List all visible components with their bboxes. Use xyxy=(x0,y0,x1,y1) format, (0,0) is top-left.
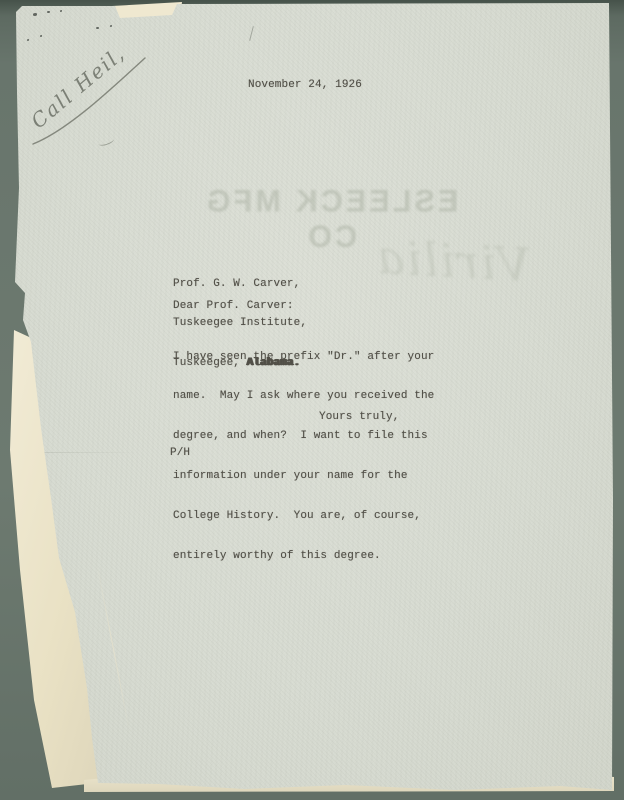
body-line: name. May I ask where you received the xyxy=(173,390,434,403)
recipient-name: Prof. G. W. Carver, xyxy=(173,278,307,291)
body-line: College History. You are, of course, xyxy=(173,510,434,523)
ink-speck xyxy=(33,13,37,16)
handwriting-underline xyxy=(28,52,150,148)
body-line: degree, and when? I want to file this xyxy=(173,430,434,443)
body-line: I have seen the prefix "Dr." after your xyxy=(173,351,434,364)
letter-paper: ESLEECK MFG CO Virilia Call Heil, Novemb… xyxy=(0,0,624,800)
watermark-manufacturer-stamp: ESLEECK MFG CO xyxy=(185,184,477,227)
ink-speck xyxy=(27,39,29,41)
ink-speck xyxy=(47,11,50,13)
letter-body: I have seen the prefix "Dr." after your … xyxy=(173,324,434,590)
date-line: November 24, 1926 xyxy=(248,79,362,92)
closing-line: Yours truly, xyxy=(319,411,399,424)
paper-crease-line xyxy=(96,562,130,734)
pencil-mark xyxy=(249,26,254,41)
ink-speck xyxy=(110,25,112,27)
body-line: entirely worthy of this degree. xyxy=(173,550,434,563)
ink-speck xyxy=(60,10,62,12)
ink-speck xyxy=(40,35,42,37)
ink-speck xyxy=(96,27,99,29)
body-line: information under your name for the xyxy=(173,470,434,483)
typist-initials: P/H xyxy=(170,447,190,460)
salutation: Dear Prof. Carver: xyxy=(173,300,294,313)
scan-background: ESLEECK MFG CO Virilia Call Heil, Novemb… xyxy=(0,0,624,800)
watermark-script-stamp: Virilia xyxy=(344,228,562,301)
